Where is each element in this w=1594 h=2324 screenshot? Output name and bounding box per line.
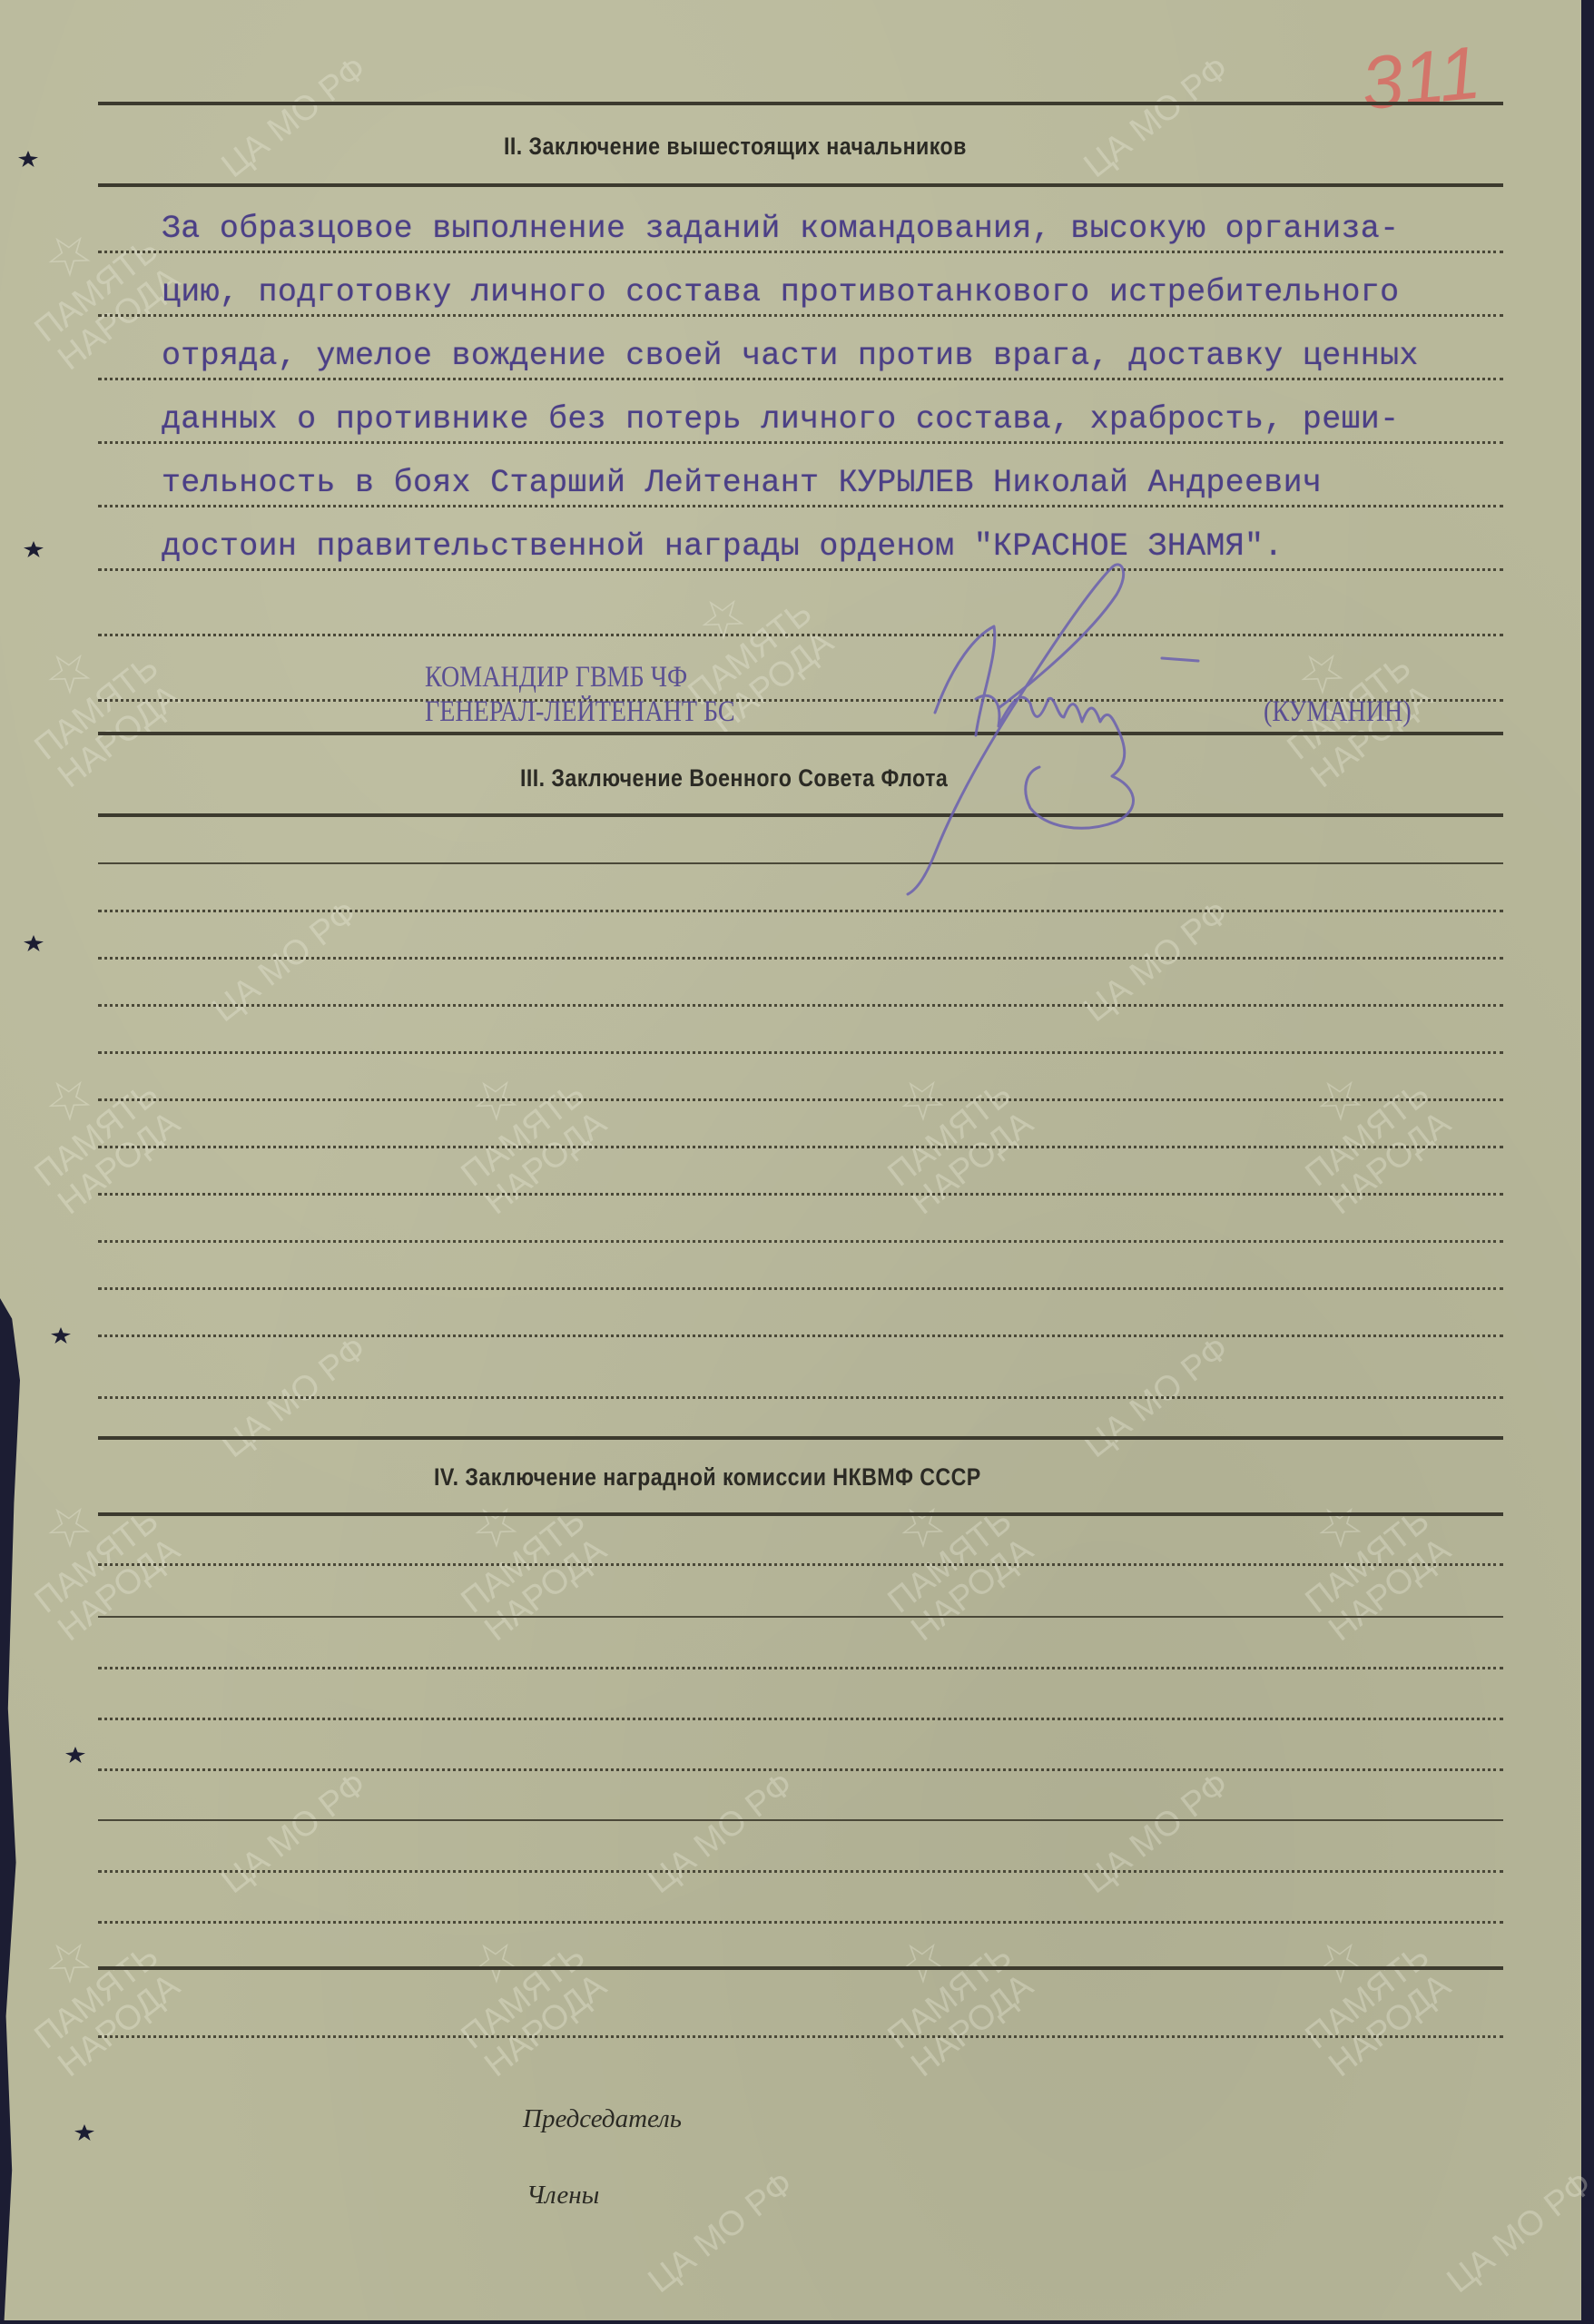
form-line: [98, 1563, 1503, 1566]
watermark-project: ☆ПАМЯТЬНАРОДА: [0, 187, 188, 379]
form-line: [98, 1718, 1503, 1720]
signatory-title-line-2: ГЕНЕРАЛ-ЛЕЙТЕНАНТ БС: [425, 695, 735, 729]
form-line: [98, 1193, 1503, 1196]
form-line: [98, 862, 1503, 864]
watermark-archive: ЦА МО РФ: [1078, 895, 1236, 1029]
form-line: [98, 1004, 1503, 1007]
document-page: ЦА МО РФ ☆ПАМЯТЬНАРОДА ЦА МО РФ ☆ПАМЯТЬН…: [0, 0, 1581, 2320]
form-line: [98, 1616, 1503, 1618]
page-number: 311: [1357, 30, 1484, 127]
form-line: [98, 634, 1503, 636]
signature-icon: [817, 554, 1235, 899]
star-icon: ☆: [0, 1894, 143, 2028]
section-divider: [98, 732, 1503, 735]
watermark-archive: ЦА МО РФ: [643, 2166, 801, 2300]
punch-hole: [24, 935, 44, 951]
recommendation-line-6: достоин правительственной награды ордено…: [162, 528, 1284, 565]
section-4-heading: IV. Заключение наградной комиссии НКВМФ …: [434, 1463, 981, 1492]
watermark-archive: ЦА МО РФ: [216, 51, 374, 185]
section-divider: [98, 183, 1503, 187]
punch-hole: [74, 2124, 94, 2141]
watermark-project: ☆ПАМЯТЬНАРОДА: [1264, 1458, 1459, 1649]
form-line: [98, 1051, 1503, 1054]
signatory-title-line-1: КОМАНДИР ГВМБ ЧФ: [425, 661, 687, 694]
recommendation-line-1: За образцовое выполнение заданий командо…: [162, 211, 1399, 247]
section-3-heading: III. Заключение Военного Совета Флота: [520, 764, 948, 793]
form-line: [98, 1768, 1503, 1771]
section-divider: [98, 1436, 1503, 1440]
star-icon: ☆: [0, 1458, 143, 1592]
watermark-project: ☆ПАМЯТЬНАРОДА: [0, 1458, 188, 1649]
punch-hole: [18, 151, 38, 167]
form-line: [98, 1921, 1503, 1924]
recommendation-line-3: отряда, умелое вождение своей части прот…: [162, 338, 1419, 374]
watermark-archive: ЦА МО РФ: [643, 1767, 801, 1901]
form-line: [98, 505, 1503, 507]
form-line: [98, 1966, 1503, 1970]
star-icon: ☆: [1264, 1894, 1414, 2028]
form-line: [98, 1667, 1503, 1669]
form-line: [98, 378, 1503, 380]
punch-hole: [65, 1747, 85, 1763]
torn-edge: [0, 1298, 20, 2324]
form-line: [98, 1098, 1503, 1101]
star-icon: ☆: [420, 1894, 570, 2028]
form-line: [98, 314, 1503, 317]
section-divider: [98, 1512, 1503, 1516]
form-line: [98, 957, 1503, 960]
members-label: Члены: [526, 2181, 599, 2211]
form-line: [98, 1396, 1503, 1399]
form-line: [98, 910, 1503, 912]
star-icon: ☆: [1264, 1458, 1414, 1592]
recommendation-line-5: тельность в боях Старший Лейтенант КУРЫЛ…: [162, 465, 1322, 501]
section-divider: [98, 813, 1503, 817]
form-line: [98, 568, 1503, 571]
form-line: [98, 251, 1503, 253]
star-icon: ☆: [0, 605, 143, 739]
form-line: [98, 1334, 1503, 1337]
recommendation-line-2: цию, подготовку личного состава противот…: [162, 274, 1399, 310]
watermark-archive: ЦА МО РФ: [207, 895, 365, 1029]
watermark-archive: ЦА МО РФ: [216, 1767, 374, 1901]
form-line: [98, 2035, 1503, 2038]
watermark-archive: ЦА МО РФ: [1078, 1767, 1236, 1901]
form-line: [98, 1819, 1503, 1821]
form-line: [98, 1870, 1503, 1873]
watermark-archive: ЦА МО РФ: [1441, 2166, 1594, 2300]
star-icon: ☆: [0, 187, 143, 321]
chairman-label: Председатель: [523, 2104, 682, 2134]
form-line: [98, 441, 1503, 444]
signatory-name: (КУМАНИН): [1264, 695, 1412, 729]
section-divider: [98, 102, 1503, 105]
form-line: [98, 1240, 1503, 1243]
form-line: [98, 1287, 1503, 1290]
star-icon: ☆: [847, 1894, 997, 2028]
punch-hole: [51, 1327, 71, 1344]
punch-hole: [24, 541, 44, 557]
recommendation-line-4: данных о противнике без потерь личного с…: [162, 401, 1399, 438]
section-2-heading: II. Заключение вышестоящих начальников: [504, 133, 967, 161]
form-line: [98, 1146, 1503, 1148]
watermark-archive: ЦА МО РФ: [1078, 51, 1236, 185]
